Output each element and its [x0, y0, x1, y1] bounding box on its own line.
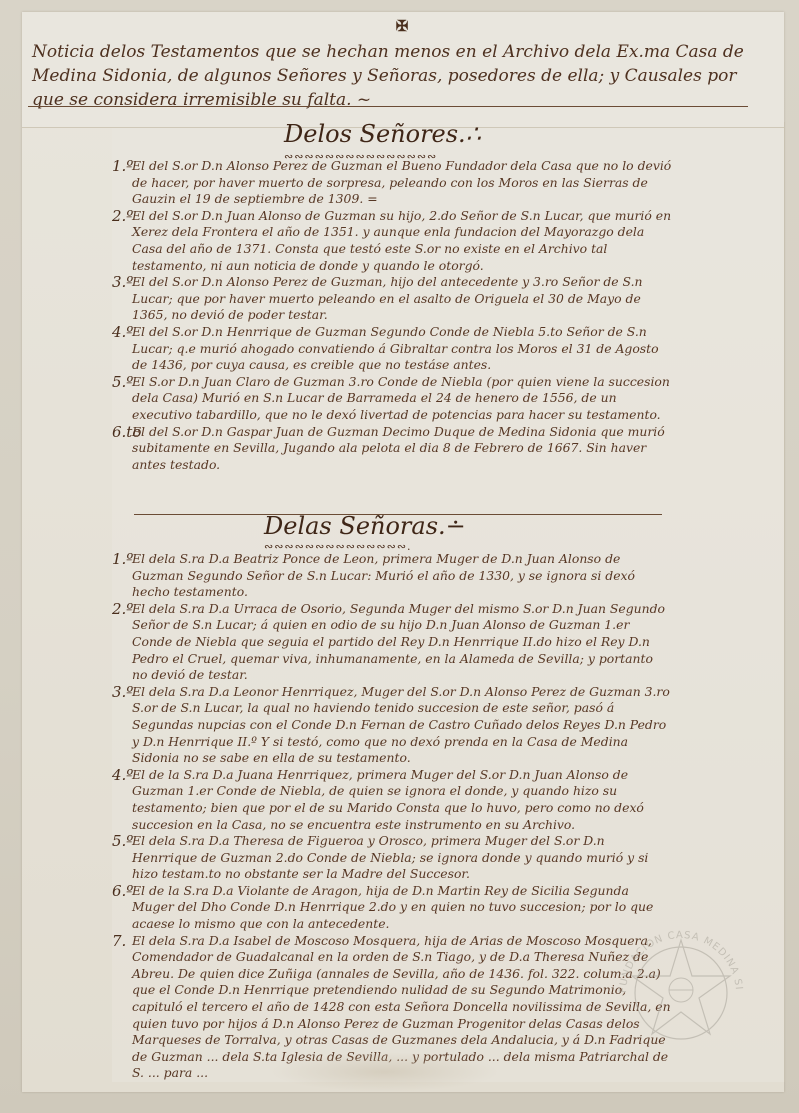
entry-number: 1.º: [112, 158, 133, 175]
entry-number: 7.: [112, 933, 126, 950]
entry-text: El dela S.ra D.a Urraca de Osorio, Segun…: [132, 601, 672, 684]
entry-text: El del S.or D.n Gaspar Juan de Guzman De…: [132, 424, 672, 474]
entry-number: 5.º: [112, 833, 133, 850]
entry-senor-2: 2.º El del S.or D.n Juan Alonso de Guzma…: [112, 208, 672, 274]
entry-number: 4.º: [112, 324, 133, 341]
entry-senora-2: 2.º El dela S.ra D.a Urraca de Osorio, S…: [112, 601, 672, 684]
entry-senora-6: 6.º El de la S.ra D.a Violante de Aragon…: [112, 883, 672, 933]
entry-number: 6.to: [112, 424, 141, 441]
svg-text:FUNDACION CASA MEDINA SIDONIA: FUNDACION CASA MEDINA SIDONIA: [606, 918, 744, 993]
entry-number: 4.º: [112, 767, 133, 784]
entry-text: El dela S.ra D.a Leonor Henrriquez, Muge…: [132, 684, 672, 767]
ink-smudge: [270, 1052, 500, 1092]
entry-number: 5.º: [112, 374, 133, 391]
title-divider: [28, 106, 748, 107]
entry-text: El S.or D.n Juan Claro de Guzman 3.ro Co…: [132, 374, 672, 424]
title-line-1: Noticia delos Testamentos que se hechan …: [32, 40, 782, 64]
title-line-3: que se considera irremisible su falta. ~: [32, 88, 782, 112]
entry-senora-3: 3.º El dela S.ra D.a Leonor Henrriquez, …: [112, 684, 672, 767]
entry-senor-4: 4.º El del S.or D.n Henrrique de Guzman …: [112, 324, 672, 374]
entry-senor-3: 3.º El del S.or D.n Alonso Perez de Guzm…: [112, 274, 672, 324]
entry-text: El dela S.ra D.a Theresa de Figueroa y O…: [132, 833, 672, 883]
entry-senor-5: 5.º El S.or D.n Juan Claro de Guzman 3.r…: [112, 374, 672, 424]
entry-number: 3.º: [112, 274, 133, 291]
entry-text: El de la S.ra D.a Violante de Aragon, hi…: [132, 883, 672, 933]
entries-senoras: 1.º El dela S.ra D.a Beatriz Ponce de Le…: [112, 551, 672, 1082]
entry-senor-6: 6.to El del S.or D.n Gaspar Juan de Guzm…: [112, 424, 672, 474]
cross-icon: ✠: [394, 18, 410, 34]
section-heading-senores: Delos Señores.∴: [284, 120, 481, 148]
entry-senora-5: 5.º El dela S.ra D.a Theresa de Figueroa…: [112, 833, 672, 883]
title-line-2: Medina Sidonia, de algunos Señores y Señ…: [32, 64, 782, 88]
archive-stamp-icon: FUNDACION CASA MEDINA SIDONIA: [606, 918, 756, 1068]
entry-number: 6.º: [112, 883, 133, 900]
entry-senor-1: 1.º El del S.or D.n Alonso Perez de Guzm…: [112, 158, 672, 208]
entries-senores: 1.º El del S.or D.n Alonso Perez de Guzm…: [112, 158, 672, 473]
entry-text: El del S.or D.n Alonso Perez de Guzman e…: [132, 158, 672, 208]
stamp-text: FUNDACION CASA MEDINA SIDONIA: [606, 918, 744, 993]
entry-number: 1.º: [112, 551, 133, 568]
entry-text: El dela S.ra D.a Beatriz Ponce de Leon, …: [132, 551, 672, 601]
section-heading-senoras: Delas Señoras.∸: [264, 512, 466, 540]
entry-text: El de la S.ra D.a Juana Henrriquez, prim…: [132, 767, 672, 833]
entry-text: El del S.or D.n Alonso Perez de Guzman, …: [132, 274, 672, 324]
entry-text: El del S.or D.n Juan Alonso de Guzman su…: [132, 208, 672, 274]
entry-number: 3.º: [112, 684, 133, 701]
entry-text: El del S.or D.n Henrrique de Guzman Segu…: [132, 324, 672, 374]
entry-senora-4: 4.º El de la S.ra D.a Juana Henrriquez, …: [112, 767, 672, 833]
document-title: Noticia delos Testamentos que se hechan …: [32, 40, 782, 112]
entry-senora-1: 1.º El dela S.ra D.a Beatriz Ponce de Le…: [112, 551, 672, 601]
entry-number: 2.º: [112, 601, 133, 618]
entry-number: 2.º: [112, 208, 133, 225]
